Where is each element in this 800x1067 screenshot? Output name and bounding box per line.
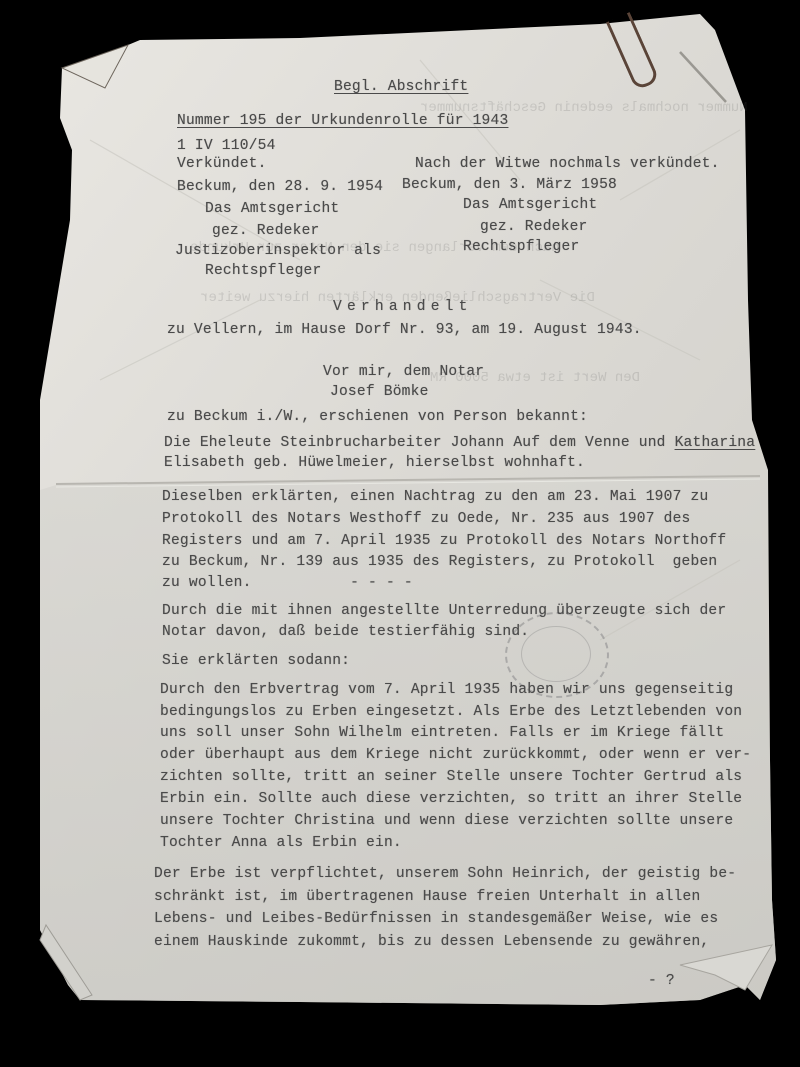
- para5-line: schränkt ist, im übertragenen Hause frei…: [154, 888, 700, 906]
- para2-line: Notar davon, daß beide testierfähig sind…: [162, 623, 529, 641]
- right-signature: gez. Redeker: [480, 218, 588, 236]
- para4-line: bedingungslos zu Erben eingesetzt. Als E…: [160, 703, 742, 721]
- parties-underlined-name: Katharina: [675, 435, 756, 451]
- page-continuation-marker: - ?: [648, 972, 675, 990]
- parties-line-2: Elisabeth geb. Hüwelmeier, hierselbst wo…: [164, 454, 585, 472]
- para4-line: unsere Tochter Christina und wenn diese …: [160, 812, 733, 830]
- para1-line: Dieselben erklärten, einen Nachtrag zu d…: [162, 488, 708, 506]
- notary-intro: Vor mir, dem Notar: [323, 363, 484, 381]
- para4-line: Erbin ein. Sollte auch diese verzichten,…: [160, 790, 742, 808]
- document-body: Begl. Abschrift Nummer 195 der Urkundenr…: [0, 0, 800, 1067]
- left-date: Beckum, den 28. 9. 1954: [177, 178, 383, 196]
- para1-line: zu wollen. - - - -: [162, 574, 413, 592]
- left-signature: gez. Redeker: [212, 222, 320, 240]
- parties-text: Die Eheleute Steinbrucharbeiter Johann A…: [164, 435, 675, 451]
- left-announced: Verkündet.: [177, 155, 267, 173]
- para4-line: Tochter Anna als Erbin ein.: [160, 834, 402, 852]
- para5-line: einem Hauskinde zukommt, bis zu dessen L…: [154, 933, 709, 951]
- document-title: Begl. Abschrift: [334, 78, 468, 96]
- para4-line: zichten sollte, tritt an seiner Stelle u…: [160, 768, 742, 786]
- para1-line: Protokoll des Notars Westhoff zu Oede, N…: [162, 510, 691, 528]
- para2-line: Durch die mit ihnen angestellte Unterred…: [162, 602, 726, 620]
- para4-line: oder überhaupt aus dem Kriege nicht zurü…: [160, 746, 751, 764]
- notary-name: Josef Bömke: [330, 383, 429, 401]
- left-role: Rechtspfleger: [205, 262, 321, 280]
- left-title: Justizoberinspektor als: [175, 242, 381, 260]
- register-number: Nummer 195 der Urkundenrolle für 1943: [177, 112, 508, 130]
- para5-line: Der Erbe ist verpflichtet, unserem Sohn …: [154, 865, 736, 883]
- right-role: Rechtspfleger: [463, 238, 579, 256]
- left-court: Das Amtsgericht: [205, 200, 339, 218]
- para1-line: zu Beckum, Nr. 139 aus 1935 des Register…: [162, 553, 717, 571]
- right-date: Beckum, den 3. März 1958: [402, 176, 617, 194]
- heading-verhandelt: Verhandelt: [333, 298, 473, 316]
- right-announced: Nach der Witwe nochmals verkündet.: [415, 155, 720, 173]
- para1-line: Registers und am 7. April 1935 zu Protok…: [162, 532, 726, 550]
- notary-location: zu Beckum i./W., erschienen von Person b…: [167, 408, 588, 426]
- place-date: zu Vellern, im Hause Dorf Nr. 93, am 19.…: [167, 321, 642, 339]
- para4-line: uns soll unser Sohn Wilhelm eintreten. F…: [160, 724, 724, 742]
- para4-line: Durch den Erbvertrag vom 7. April 1935 h…: [160, 681, 733, 699]
- para5-line: Lebens- und Leibes-Bedürfnissen in stand…: [154, 910, 718, 928]
- para3-line: Sie erklärten sodann:: [162, 652, 350, 670]
- parties-line-1: Die Eheleute Steinbrucharbeiter Johann A…: [164, 434, 755, 452]
- right-court: Das Amtsgericht: [463, 196, 597, 214]
- file-reference: 1 IV 110/54: [177, 137, 276, 155]
